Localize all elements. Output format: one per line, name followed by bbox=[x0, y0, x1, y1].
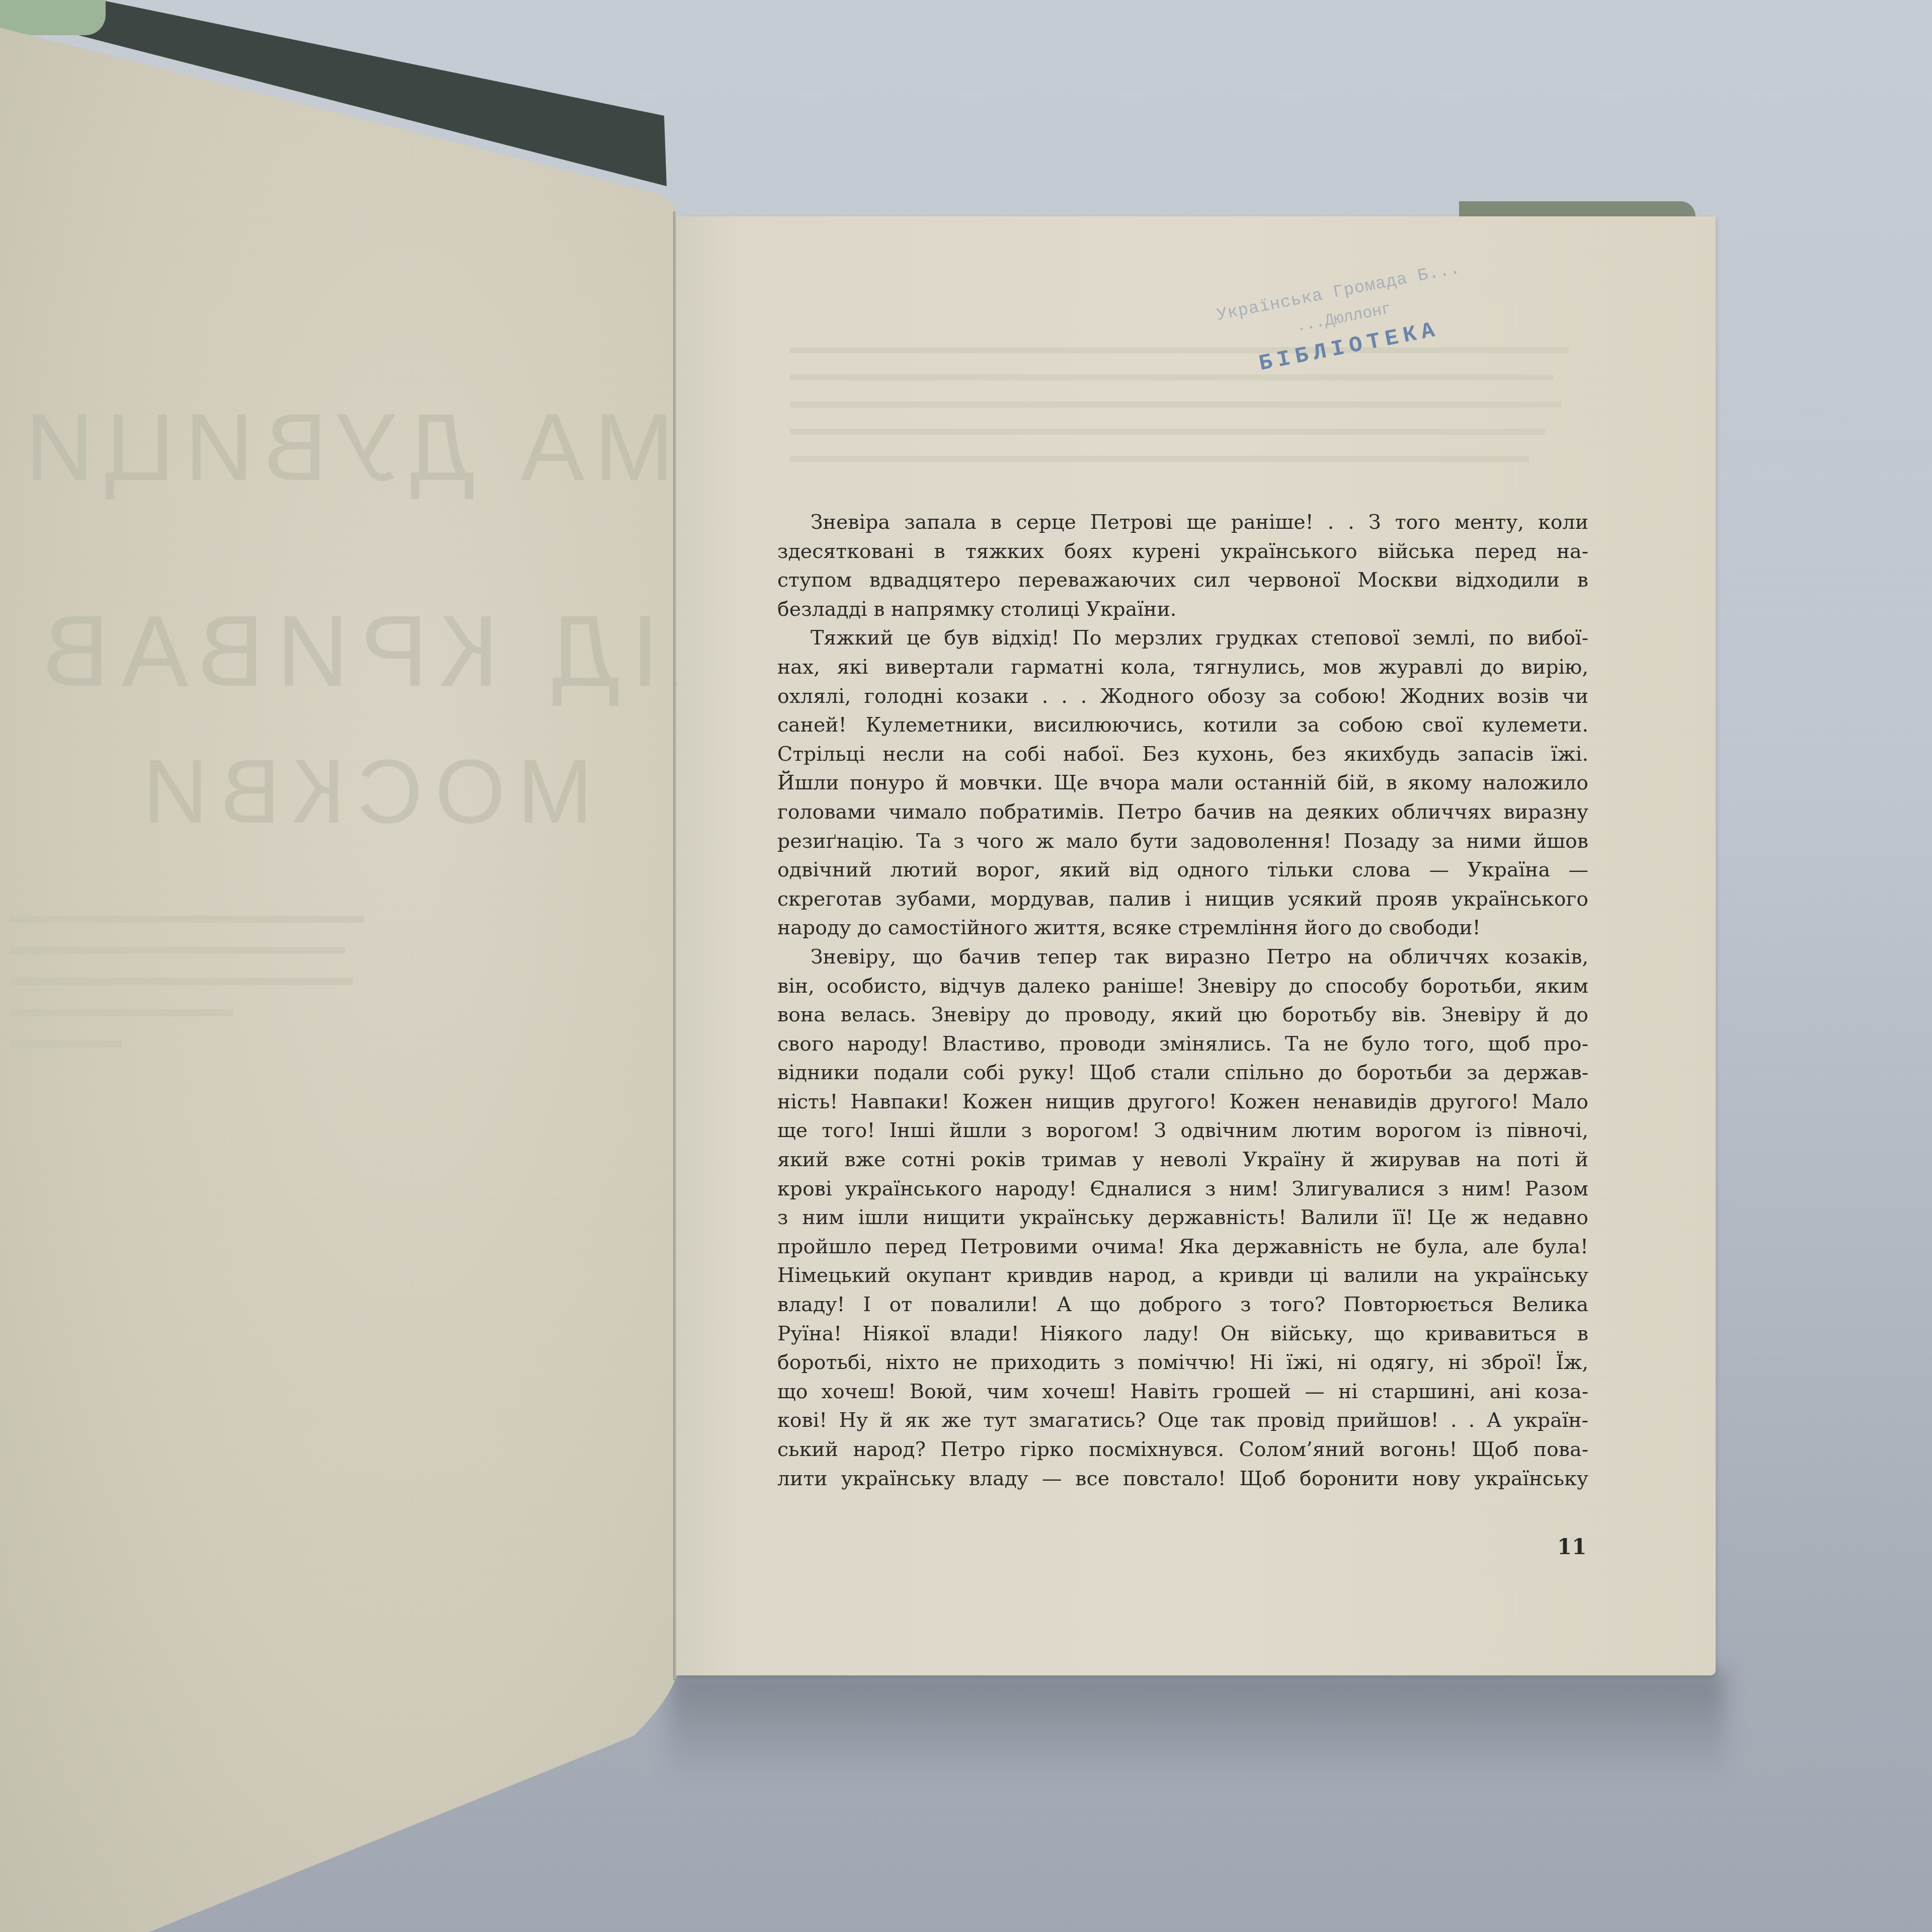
text-line: вона велась. Зневіру до проводу, який цю… bbox=[777, 1001, 1588, 1030]
dust-jacket-corner bbox=[0, 0, 106, 35]
text-line: нах, які вивертали гарматні кола, тягнул… bbox=[777, 653, 1588, 682]
book-photo: ААЛИМА ДУВИЦИ ПОХІД КРИВАВ МОСКВИ Україн… bbox=[0, 0, 1932, 1932]
text-line: з ним ішли нищити українську державність… bbox=[777, 1203, 1588, 1233]
text-line: Тяжкий це був відхід! По мерзлих грудках… bbox=[777, 624, 1588, 653]
text-line: Стрільці несли на собі набої. Без кухонь… bbox=[777, 740, 1588, 769]
text-line: резиґнацію. Та з чого ж мало бути задово… bbox=[777, 827, 1588, 856]
text-line: який вже сотні років тримав у неволі Укр… bbox=[777, 1146, 1588, 1175]
text-line: Руїна! Ніякої влади! Ніякого ладу! Он ві… bbox=[777, 1320, 1588, 1349]
text-line: свого народу! Властиво, проводи змінялис… bbox=[777, 1030, 1588, 1059]
text-line: ський народ? Петро гірко посміхнувся. Со… bbox=[777, 1435, 1588, 1465]
left-page: ААЛИМА ДУВИЦИ ПОХІД КРИВАВ МОСКВИ bbox=[0, 0, 677, 1932]
page-number: 11 bbox=[1557, 1535, 1586, 1559]
text-line: одвічний лютий ворог, який від одного ті… bbox=[777, 856, 1588, 885]
text-line: головами чимало побратимів. Петро бачив … bbox=[777, 798, 1588, 827]
text-line: владу! І от повалили! А що доброго з тог… bbox=[777, 1291, 1588, 1320]
text-line: охлялі, голодні козаки . . . Жодного обо… bbox=[777, 682, 1588, 711]
show-through-lines bbox=[10, 916, 382, 1072]
text-line: що хочеш! Воюй, чим хочеш! Навіть грошей… bbox=[777, 1378, 1588, 1407]
show-through-text: МОСКВИ bbox=[131, 740, 593, 844]
text-line: боротьбі, ніхто не приходить з поміччю! … bbox=[777, 1348, 1588, 1378]
text-line: лити українську владу — все повстало! Що… bbox=[777, 1465, 1588, 1494]
text-line: ступом вдвадцятеро переважаючих сил черв… bbox=[777, 566, 1588, 595]
page-shadow bbox=[669, 1670, 1726, 1781]
text-line: Йшли понуро й мовчки. Ще вчора мали оста… bbox=[777, 769, 1588, 798]
text-line: пройшло перед Петровими очима! Яка держа… bbox=[777, 1233, 1588, 1262]
paragraph-2: Тяжкий це був відхід! По мерзлих грудках… bbox=[777, 624, 1588, 943]
paragraph-1: Зневіра запала в серце Петрові ще раніше… bbox=[777, 508, 1588, 624]
text-line: саней! Кулеметники, висилюючись, котили … bbox=[777, 711, 1588, 740]
text-line: Зневіра запала в серце Петрові ще раніше… bbox=[777, 508, 1588, 537]
text-line: народу до самостійного життя, всяке стре… bbox=[777, 914, 1588, 943]
text-line: відники подали собі руку! Щоб стали спіл… bbox=[777, 1059, 1588, 1088]
text-line: крові українського народу! Єдналися з ни… bbox=[777, 1175, 1588, 1204]
body-text: Зневіра запала в серце Петрові ще раніше… bbox=[777, 508, 1588, 1493]
text-line: ще того! Інші йшли з ворогом! З одвічним… bbox=[777, 1116, 1588, 1146]
text-line: він, особисто, відчув далеко раніше! Зне… bbox=[777, 972, 1588, 1001]
text-line: здесятковані в тяжких боях курені україн… bbox=[777, 537, 1588, 567]
text-line: кові! Ну й як же тут змагатись? Оце так … bbox=[777, 1406, 1588, 1435]
text-line: скреготав зубами, мордував, палив і нищи… bbox=[777, 885, 1588, 914]
paragraph-3: Зневіру, що бачив тепер так виразно Петр… bbox=[777, 943, 1588, 1493]
text-line: ність! Навпаки! Кожен нищив другого! Кож… bbox=[777, 1088, 1588, 1117]
text-line: безладді в напрямку столиці України. bbox=[777, 595, 1588, 624]
text-line: Німецький окупант кривдив народ, а кривд… bbox=[777, 1261, 1588, 1291]
text-line: Зневіру, що бачив тепер так виразно Петр… bbox=[777, 943, 1588, 972]
